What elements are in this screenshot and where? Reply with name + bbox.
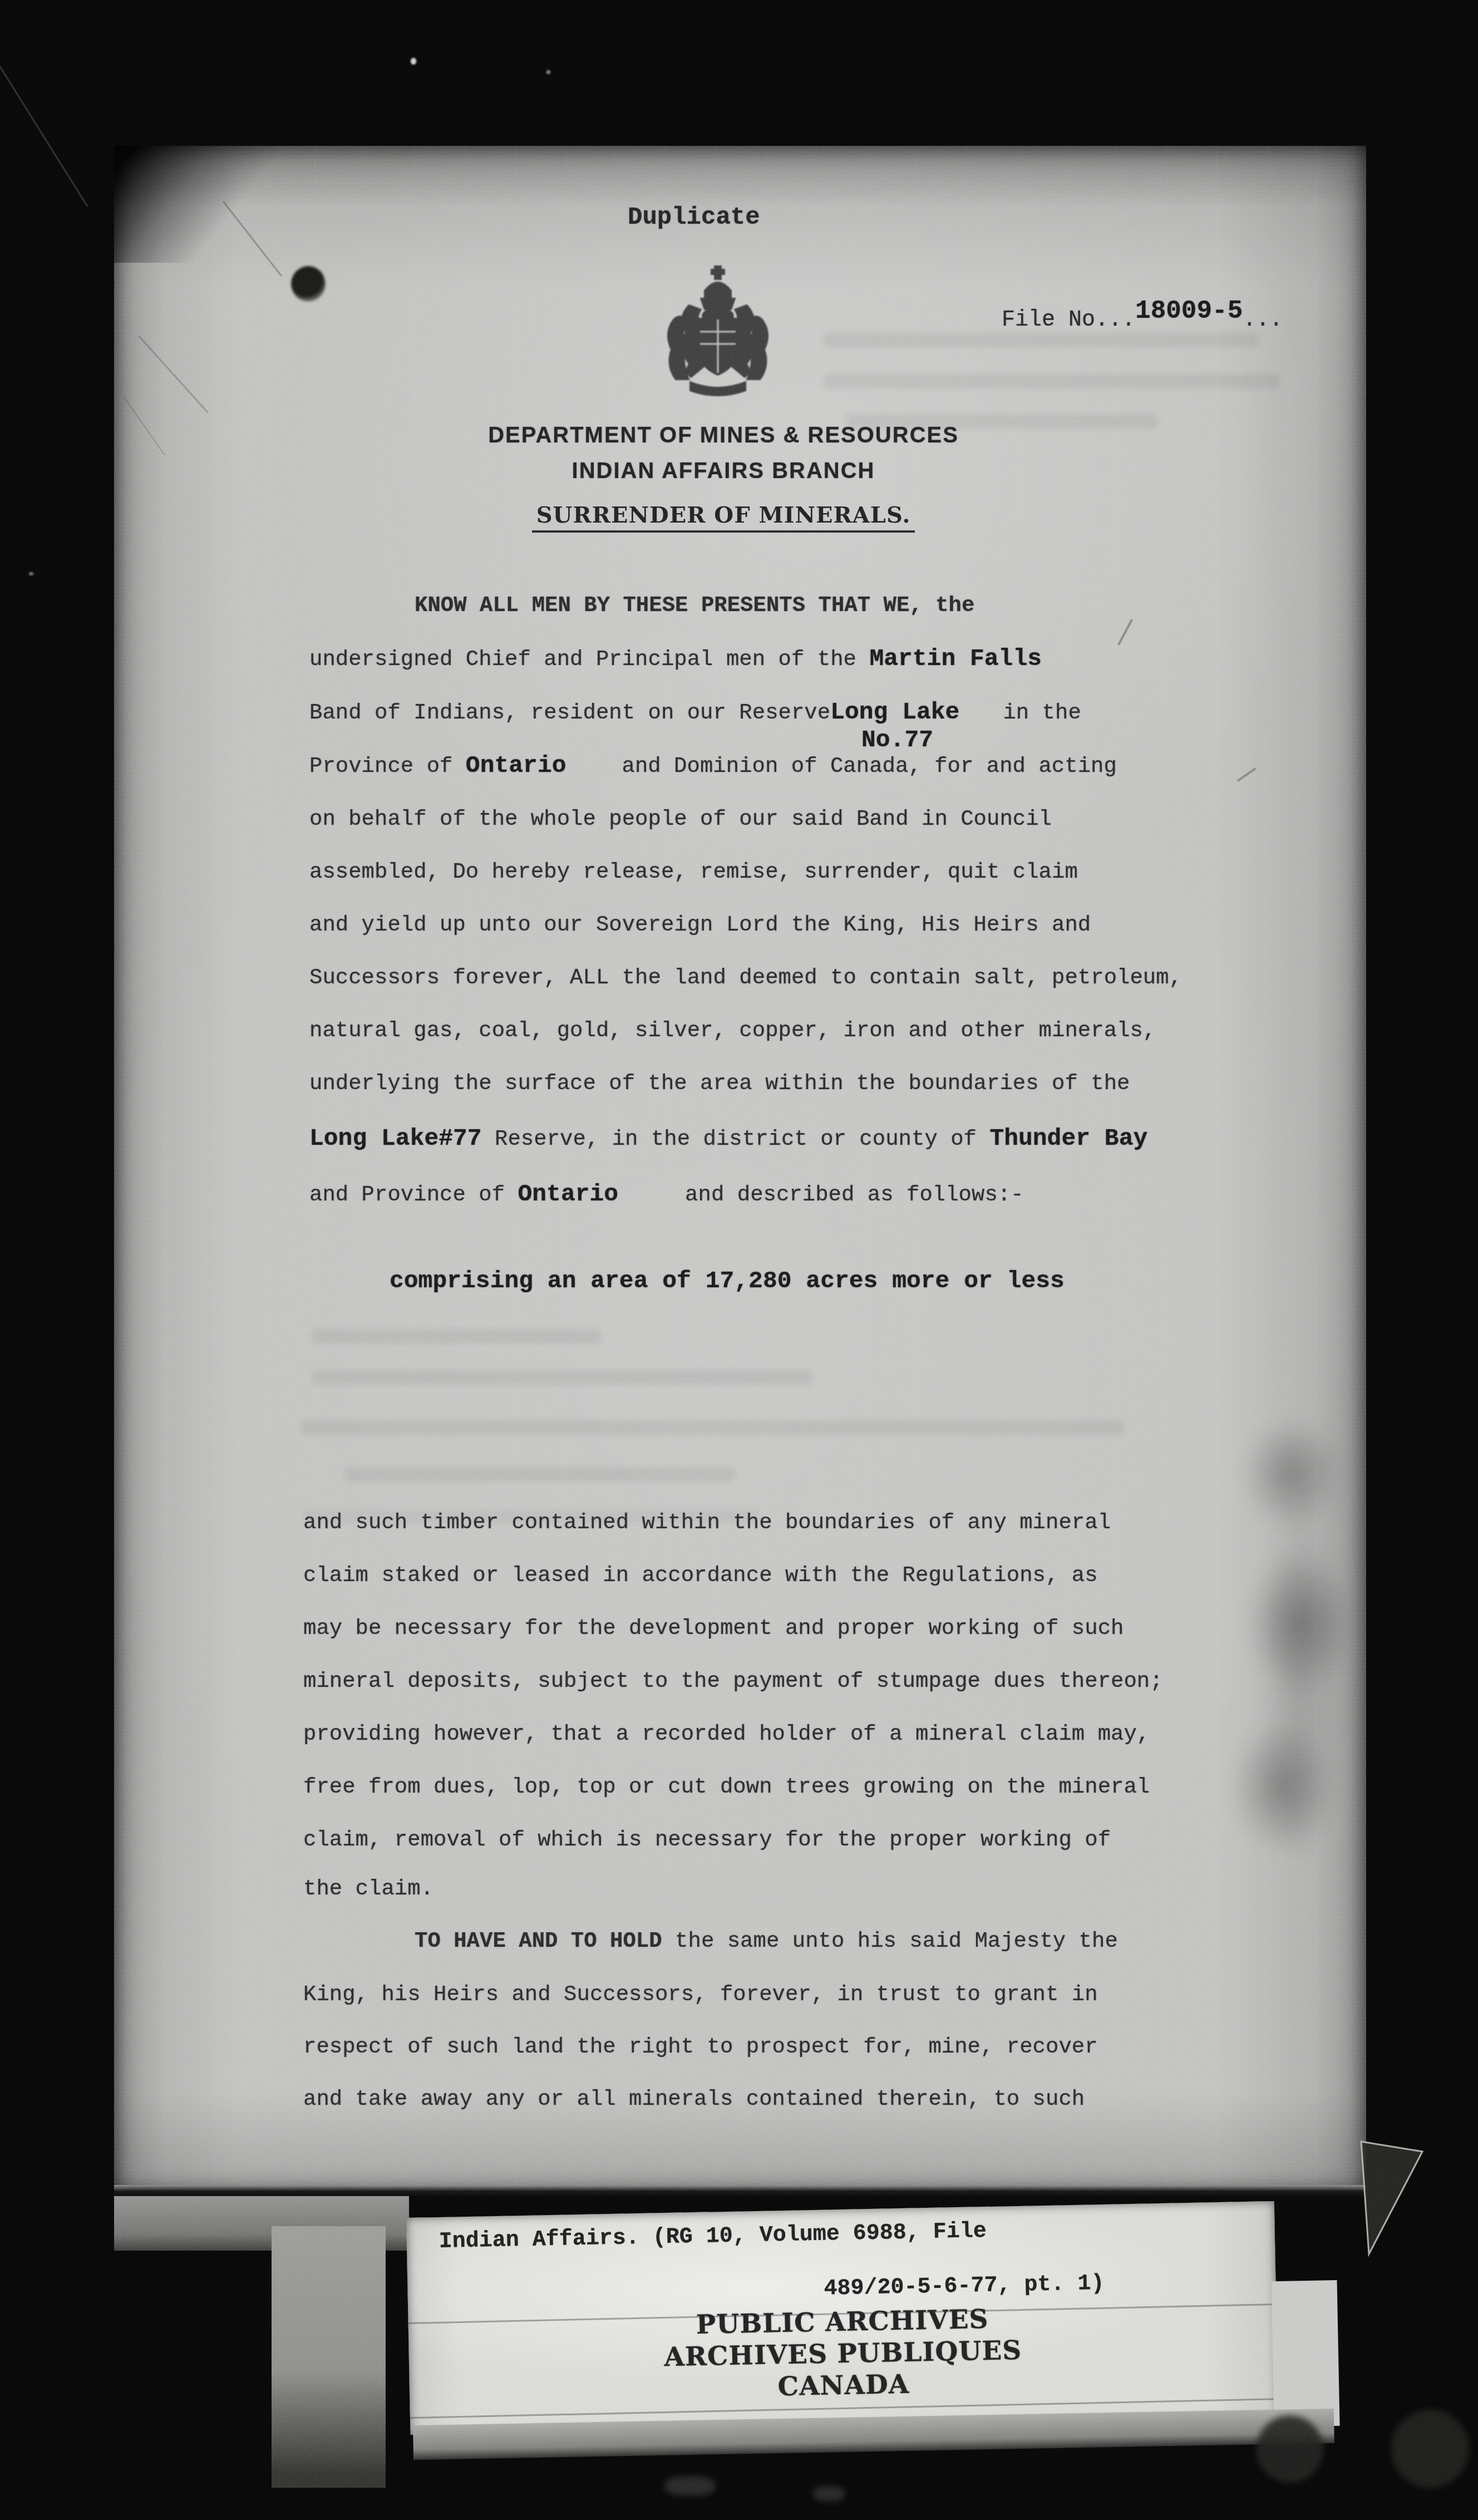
body-line-p1-09: natural gas, coal, gold, silver, copper,…	[309, 1017, 1156, 1044]
body-line-p2-02: claim staked or leased in accordance wit…	[303, 1562, 1098, 1589]
document-sheet	[114, 146, 1366, 2194]
body-line-p2-08: the claim.	[303, 1876, 433, 1902]
folded-corner	[1358, 2136, 1441, 2264]
file-number: File No...18009-5...	[1002, 305, 1283, 334]
body-line-p3-03: respect of such land the right to prospe…	[303, 2034, 1098, 2060]
body-line-p1-06: assembled, Do hereby release, remise, su…	[309, 859, 1078, 885]
paper-bottom-edge	[114, 2185, 1366, 2196]
duplicate-label: Duplicate	[628, 204, 760, 232]
dust-speck	[29, 572, 33, 575]
microfilm-frame: Duplicate File No...18009-5... DEPARTMEN…	[0, 0, 1478, 2520]
body-line-p2-04: mineral deposits, subject to the payment…	[303, 1668, 1163, 1695]
bleed-through	[345, 1467, 735, 1482]
film-blob	[665, 2477, 715, 2496]
body-line-p1-12: and Province of Ontarioand described as …	[309, 1181, 1024, 1208]
body-line-p1-11: Long Lake#77 Reserve, in the district or…	[309, 1125, 1147, 1153]
body-line-p1-03b: No.77	[861, 727, 933, 754]
bleed-through	[300, 1420, 1124, 1435]
film-blob	[814, 2487, 845, 2501]
punch-hole	[291, 266, 326, 302]
bleed-through	[312, 1370, 812, 1385]
film-blob	[1391, 2410, 1469, 2488]
canada-coat-of-arms-icon	[657, 264, 779, 406]
body-line-p1-07: and yield up unto our Sovereign Lord the…	[309, 912, 1091, 938]
film-scratch	[0, 27, 88, 207]
body-line-p1-01: KNOW ALL MEN BY THESE PRESENTS THAT WE, …	[415, 592, 974, 619]
bleed-through	[312, 1329, 601, 1343]
department-title: DEPARTMENT OF MINES & RESOURCES	[97, 423, 1349, 448]
archive-ref-line-1: Indian Affairs. (RG 10, Volume 6988, Fil…	[439, 2218, 987, 2256]
stain	[1259, 1480, 1342, 1870]
body-line-p2-01: and such timber contained within the bou…	[303, 1509, 1111, 1536]
bleed-through	[824, 333, 1258, 347]
page-curl-shadow	[114, 146, 298, 263]
body-line-p2-05: providing however, that a recorded holde…	[303, 1721, 1150, 1748]
dust-speck	[546, 70, 550, 74]
body-line-p1-13: comprising an area of 17,280 acres more …	[390, 1268, 1065, 1295]
body-line-p3-02: King, his Heirs and Successors, forever,…	[303, 1981, 1098, 2008]
body-line-p2-07: claim, removal of which is necessary for…	[303, 1827, 1111, 1853]
body-line-p1-02: undersigned Chief and Principal men of t…	[309, 646, 1042, 673]
body-line-p3-01: TO HAVE AND TO HOLD the same unto his sa…	[415, 1928, 1118, 1955]
body-line-p2-03: may be necessary for the development and…	[303, 1615, 1124, 1642]
file-no-dots: ...	[1243, 308, 1283, 333]
body-line-p1-04: Province of Ontarioand Dominion of Canad…	[309, 752, 1117, 780]
film-blob	[1257, 2415, 1323, 2482]
branch-title: INDIAN AFFAIRS BRANCH	[97, 459, 1349, 484]
public-archives-stamp: PUBLIC ARCHIVES ARCHIVES PUBLIQUES CANAD…	[408, 2298, 1278, 2410]
archive-reference-card: Indian Affairs. (RG 10, Volume 6988, Fil…	[406, 2201, 1278, 2435]
body-line-p1-08: Successors forever, ALL the land deemed …	[309, 964, 1182, 991]
card-step-piece	[1271, 2280, 1339, 2427]
bleed-through	[824, 374, 1280, 388]
file-no-value: 18009-5	[1135, 297, 1243, 326]
dust-speck	[411, 58, 416, 65]
paper-texture	[114, 146, 1366, 2194]
body-line-p1-05: on behalf of the whole people of our sai…	[309, 806, 1052, 833]
body-line-p3-04: and take away any or all minerals contai…	[303, 2086, 1085, 2113]
backing-sheet-column	[272, 2226, 386, 2488]
body-line-p1-03: Band of Indians, resident on our Reserve…	[309, 699, 1081, 726]
file-no-dots: ...	[1095, 308, 1135, 333]
archive-ref-line-2: 489/20-5-6-77, pt. 1)	[824, 2270, 1105, 2304]
file-no-label: File No	[1002, 308, 1095, 333]
document-title: SURRENDER OF MINERALS.	[97, 502, 1349, 528]
body-line-p2-06: free from dues, lop, top or cut down tre…	[303, 1774, 1150, 1800]
body-line-p1-10: underlying the surface of the area withi…	[309, 1070, 1130, 1097]
